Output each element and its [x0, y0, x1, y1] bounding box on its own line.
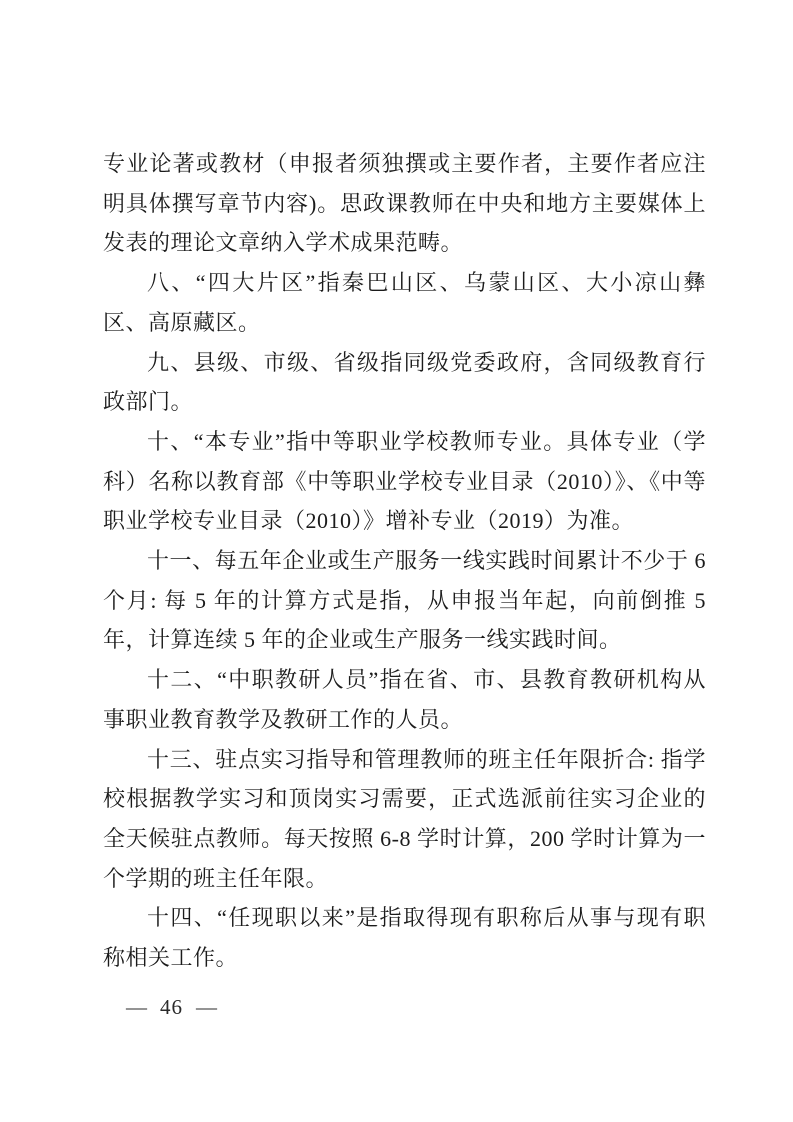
- paragraph-item-8: 八、“四大片区”指秦巴山区、乌蒙山区、大小凉山彝区、高原藏区。: [103, 263, 706, 342]
- paragraph-item-12: 十二、“中职教研人员”指在省、市、县教育教研机构从事职业教育教学及教研工作的人员…: [103, 660, 706, 739]
- page-number: 46: [160, 995, 183, 1020]
- paragraph-item-9: 九、县级、市级、省级指同级党委政府，含同级教育行政部门。: [103, 343, 706, 422]
- footer-dash-right: —: [196, 995, 217, 1020]
- footer-dash-left: —: [126, 995, 147, 1020]
- paragraph-item-11: 十一、每五年企业或生产服务一线实践时间累计不少于 6 个月: 每 5 年的计算方…: [103, 541, 706, 660]
- paragraph-continuation: 专业论著或教材（申报者须独撰或主要作者，主要作者应注明具体撰写章节内容)。思政课…: [103, 144, 706, 263]
- paragraph-item-10: 十、“本专业”指中等职业学校教师专业。具体专业（学科）名称以教育部《中等职业学校…: [103, 422, 706, 541]
- paragraph-item-14: 十四、“任现职以来”是指取得现有职称后从事与现有职称相关工作。: [103, 898, 706, 977]
- page-footer: —46—: [126, 995, 217, 1020]
- body-text-block: 专业论著或教材（申报者须独撰或主要作者，主要作者应注明具体撰写章节内容)。思政课…: [103, 144, 706, 978]
- document-page: 专业论著或教材（申报者须独撰或主要作者，主要作者应注明具体撰写章节内容)。思政课…: [0, 0, 793, 1122]
- paragraph-item-13: 十三、驻点实习指导和管理教师的班主任年限折合: 指学校根据教学实习和顶岗实习需要…: [103, 740, 706, 899]
